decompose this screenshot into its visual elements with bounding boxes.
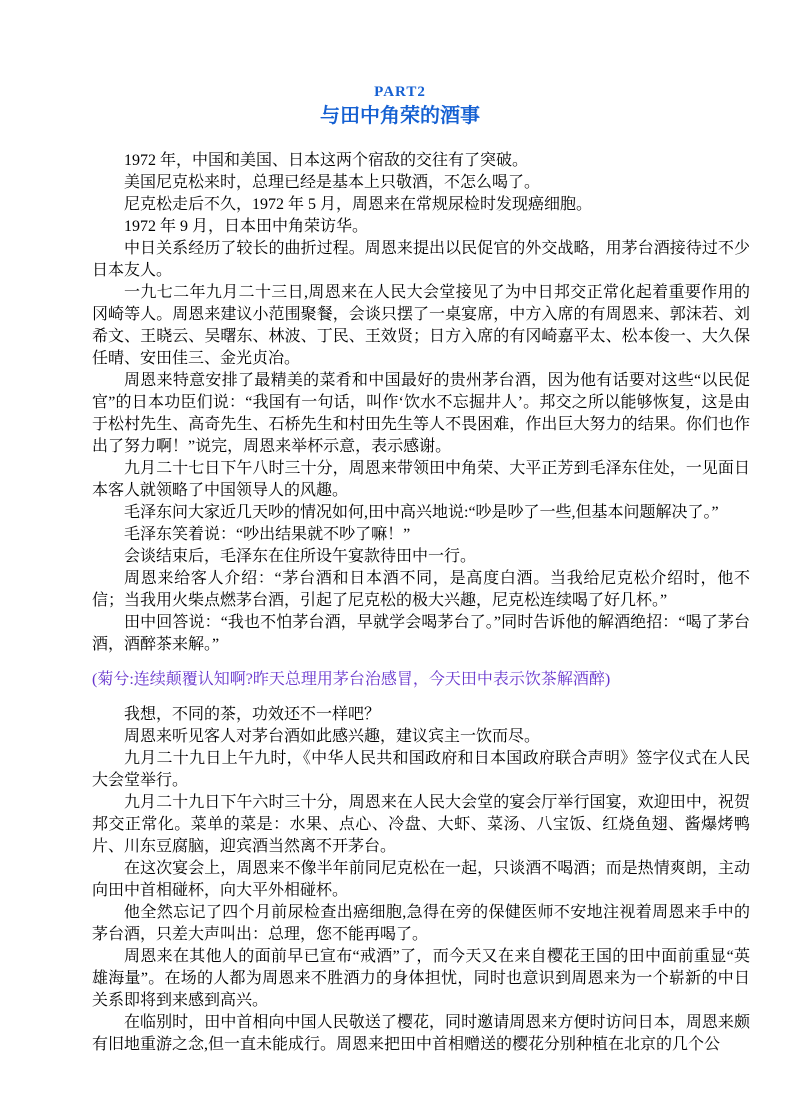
paragraph: 九月二十七日下午八时三十分，周恩来带领田中角荣、大平正芳到毛泽东住处，一见面日本…	[92, 458, 750, 502]
paragraph: 周恩来在其他人的面前早已宣布“戒酒”了，而今天又在来自樱花王国的田中面前重显“英…	[92, 946, 750, 1012]
paragraph: 在这次宴会上，周恩来不像半年前同尼克松在一起，只谈酒不喝酒；而是热情爽朗，主动向…	[92, 858, 750, 902]
paragraph: 1972 年 9 月，日本田中角荣访华。	[92, 216, 750, 238]
document-header: PART2 与田中角荣的酒事	[0, 0, 800, 129]
paragraph: 毛泽东问大家近几天吵的情况如何,田中高兴地说:“吵是吵了一些,但基本问题解决了。…	[92, 502, 750, 524]
paragraph: 中日关系经历了较长的曲折过程。周恩来提出以民促官的外交战略，用茅台酒接待过不少日…	[92, 238, 750, 282]
paragraph: 周恩来特意安排了最精美的菜肴和中国最好的贵州茅台酒，因为他有话要对这些“以民促官…	[92, 370, 750, 458]
paragraph: 会谈结束后，毛泽东在住所设午宴款待田中一行。	[92, 546, 750, 568]
note-paragraph: (菊兮:连续颠覆认知啊?昨天总理用茅台治感冒，今天田中表示饮茶解酒醉)	[92, 669, 750, 691]
paragraph: 我想，不同的茶，功效还不一样吧？	[92, 704, 750, 726]
page-title: 与田中角荣的酒事	[0, 104, 800, 129]
document-page: PART2 与田中角荣的酒事 1972 年，中国和美国、日本这两个宿敌的交往有了…	[0, 0, 800, 1100]
paragraph: 一九七二年九月二十三日,周恩来在人民大会堂接见了为中日邦交正常化起着重要作用的冈…	[92, 282, 750, 370]
paragraph: 周恩来听见客人对茅台酒如此感兴趣，建议宾主一饮而尽。	[92, 726, 750, 748]
paragraph: 在临别时，田中首相向中国人民敬送了樱花，同时邀请周恩来方便时访问日本，周恩来颇有…	[92, 1012, 750, 1056]
paragraph: 田中回答说：“我也不怕茅台酒，早就学会喝茅台了。”同时告诉他的解酒绝招：“喝了茅…	[92, 612, 750, 656]
paragraph: 周恩来给客人介绍：“茅台酒和日本酒不同，是高度白酒。当我给尼克松介绍时，他不信；…	[92, 568, 750, 612]
paragraph: 九月二十九日上午九时，《中华人民共和国政府和日本国政府联合声明》签字仪式在人民大…	[92, 748, 750, 792]
paragraph: 毛泽东笑着说：“吵出结果就不吵了嘛！”	[92, 524, 750, 546]
paragraph: 他全然忘记了四个月前尿检查出癌细胞,急得在旁的保健医师不安地注视着周恩来手中的茅…	[92, 902, 750, 946]
paragraph: 1972 年，中国和美国、日本这两个宿敌的交往有了突破。	[92, 150, 750, 172]
document-body: 1972 年，中国和美国、日本这两个宿敌的交往有了突破。美国尼克松来时，总理已经…	[92, 150, 750, 1056]
paragraph: 尼克松走后不久，1972 年 5 月，周恩来在常规尿检时发现癌细胞。	[92, 194, 750, 216]
paragraph: 美国尼克松来时，总理已经是基本上只敬酒，不怎么喝了。	[92, 172, 750, 194]
paragraph: 九月二十九日下午六时三十分，周恩来在人民大会堂的宴会厅举行国宴，欢迎田中，祝贺邦…	[92, 792, 750, 858]
part-label: PART2	[0, 84, 800, 101]
